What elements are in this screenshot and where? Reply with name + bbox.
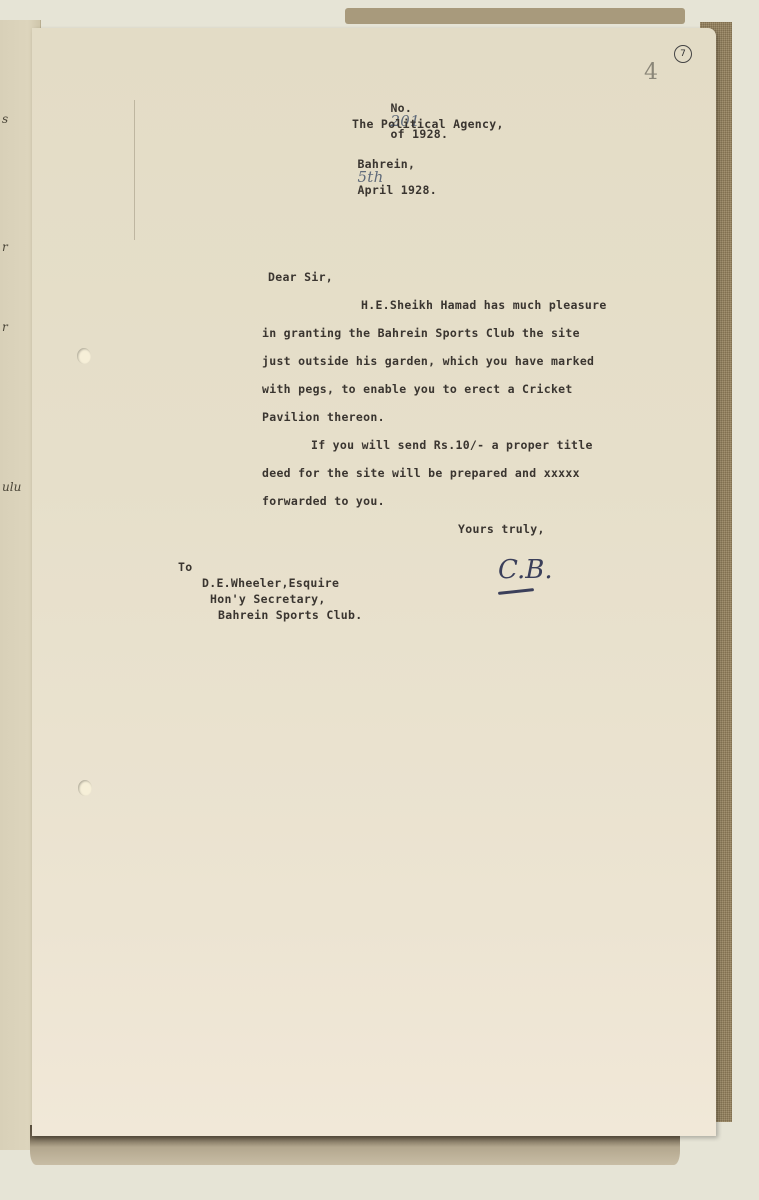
punch-hole (77, 348, 91, 364)
date-rest: April 1928. (357, 183, 436, 197)
recipient-title: Hon'y Secretary, (210, 594, 326, 606)
reference-line: No. 201 of 1928. (376, 91, 448, 141)
pencil-annotation: 4 (644, 60, 658, 85)
body-line: H.E.Sheikh Hamad has much pleasure (361, 300, 607, 312)
body-line: If you will send Rs.10/- a proper title (311, 440, 593, 452)
margin-rule (134, 100, 135, 240)
adjacent-page-fragment: r (2, 320, 8, 334)
punch-hole (78, 780, 92, 796)
binding-fabric-top (345, 8, 685, 24)
adjacent-page-fragment: ulu (2, 480, 21, 494)
body-line: Pavilion thereon. (262, 412, 385, 424)
folio-number: 7 (674, 45, 692, 63)
adjacent-page-fragment: r (2, 240, 8, 254)
signature: C.B. (498, 555, 553, 585)
body-line: forwarded to you. (262, 496, 385, 508)
body-line: in granting the Bahrein Sports Club the … (262, 328, 580, 340)
body-line: with pegs, to enable you to erect a Cric… (262, 384, 573, 396)
date-line: Bahrein, 5th April 1928. (343, 147, 437, 197)
salutation: Dear Sir, (268, 272, 333, 284)
body-line: deed for the site will be prepared and x… (262, 468, 580, 480)
recipient-to-label: To (178, 562, 192, 574)
body-line: just outside his garden, which you have … (262, 356, 594, 368)
office-line: The Political Agency, (352, 119, 504, 131)
recipient-name: D.E.Wheeler,Esquire (202, 578, 339, 590)
closing: Yours truly, (458, 524, 545, 536)
recipient-organisation: Bahrein Sports Club. (218, 610, 362, 622)
adjacent-page-fragment: s (2, 112, 8, 126)
